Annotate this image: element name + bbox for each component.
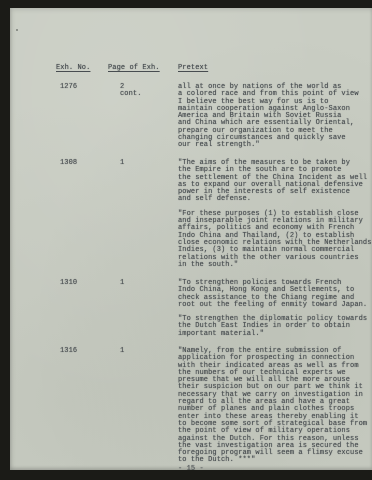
paper-speck (302, 244, 304, 246)
pretext-paragraph: "Namely, from the entire submission of a… (178, 348, 372, 465)
pretext-paragraph: all at once by nations of the world as a… (178, 84, 372, 150)
paper-speck (16, 29, 18, 31)
pretext-paragraph: "To strengthen the diplomatic policy tow… (178, 316, 372, 338)
pretext-text: "To strengthen policies towards French I… (178, 280, 372, 345)
column-header-page-of-exh: Page of Exh. (108, 65, 160, 72)
scan-background: { "document": { "headers": { "exh_no": "… (0, 0, 372, 480)
exhibit-number: 1308 (60, 160, 77, 167)
exhibit-page: 1 (120, 280, 124, 287)
pretext-paragraph: "For these purposes (1) to establish clo… (178, 211, 372, 269)
page-number: - 15 - (178, 466, 204, 470)
pretext-paragraph: "To strengthen policies towards French I… (178, 280, 372, 309)
exhibit-number: 1276 (60, 84, 77, 91)
exhibit-page: 1 (120, 348, 124, 355)
document-page: Exh. No. Page of Exh. Pretext 1276 2 con… (10, 8, 372, 470)
pretext-text: "Namely, from the entire submission of a… (178, 348, 372, 470)
column-header-row: Exh. No. Page of Exh. Pretext (10, 65, 372, 73)
exhibit-page: 2 cont. (120, 84, 142, 99)
pretext-text: all at once by nations of the world as a… (178, 84, 372, 157)
column-header-exh-no: Exh. No. (56, 65, 90, 72)
pretext-paragraph: "The aims of the measures to be taken by… (178, 160, 372, 204)
exhibit-number: 1316 (60, 348, 77, 355)
exhibit-number: 1310 (60, 280, 77, 287)
pretext-text: "The aims of the measures to be taken by… (178, 160, 372, 276)
exhibit-page: 1 (120, 160, 124, 167)
column-header-pretext: Pretext (178, 65, 208, 72)
